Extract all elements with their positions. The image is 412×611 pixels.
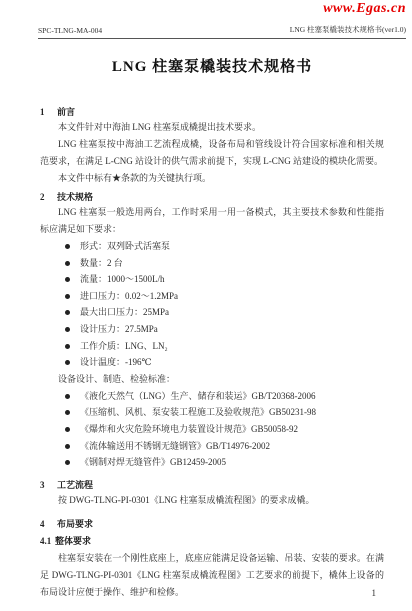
section3-paragraph: 按 DWG-TLNG-PI-0301《LNG 柱塞泵成橇流程图》的要求成橇。 [40,492,384,509]
bullet-icon [65,294,70,299]
section4-1-heading: 4.1整体要求 [40,535,384,548]
list-item: 《钢制对焊无缝管件》GB12459-2005 [40,454,384,471]
section1-number: 1 [40,106,57,119]
section4-number: 4 [40,518,57,531]
section4-heading: 4布局要求 [40,518,384,531]
watermark-text: www.Egas.cn [323,1,406,17]
section1-paragraph-3: 本文件中标有★条款的为关键执行项。 [40,170,384,187]
list-item: 《液化天然气（LNG）生产、储存和装运》GB/T20368-2006 [40,388,384,405]
bullet-icon [65,344,70,349]
bullet-icon [65,261,70,266]
section2-intro: LNG 柱塞泵一般选用两台，工作时采用一用一备模式，其主要技术参数和性能指标应满… [40,204,384,238]
bullet-icon [65,460,70,465]
section1-paragraph-2: LNG 柱塞泵按中海油工艺流程成橇，设备布局和管线设计符合国家标准和相关规范要求… [40,136,384,170]
standard-item-text: 《爆炸和火灾危险环境电力装置设计规范》GB50058-92 [80,421,298,438]
section4-1-number: 4.1 [40,535,55,548]
list-item: 设计温度：-196℃ [40,354,384,371]
section1-heading-text: 前言 [57,107,75,117]
section3-heading-text: 工艺流程 [57,480,93,490]
section4-heading-text: 布局要求 [57,519,93,529]
section4-1-heading-text: 整体要求 [55,536,91,546]
list-item: 设计压力：27.5MPa [40,321,384,338]
spec-item-text: 数量：2 台 [80,255,123,272]
standard-item-text: 《液化天然气（LNG）生产、储存和装运》GB/T20368-2006 [80,388,316,405]
spec-item-text: 流量：1000～1500L/h [80,271,165,288]
bullet-icon [65,427,70,432]
bullet-icon [65,310,70,315]
bullet-icon [65,244,70,249]
document-content: LNG 柱塞泵橇装技术规格书 1前言 本文件针对中海油 LNG 柱塞泵成橇提出技… [40,50,384,601]
bullet-icon [65,277,70,282]
standard-item-text: 《流体输送用不锈钢无缝钢管》GB/T14976-2002 [80,438,270,455]
page-number: 1 [372,588,377,598]
bullet-icon [65,327,70,332]
list-item: 流量：1000～1500L/h [40,271,384,288]
list-item: 形式：双列卧式活塞泵 [40,238,384,255]
standards-bullet-list: 《液化天然气（LNG）生产、储存和装运》GB/T20368-2006 《压缩机、… [40,388,384,471]
document-page: www.Egas.cn SPC-TLNG-MA-004 LNG 柱塞泵橇装技术规… [0,0,412,611]
section2-heading-text: 技术规格 [57,192,93,202]
spec-item-text: 设计压力：27.5MPa [80,321,158,338]
spec-item-text: 进口压力：0.02～1.2MPa [80,288,178,305]
standard-item-text: 《钢制对焊无缝管件》GB12459-2005 [80,454,226,471]
list-item: 《压缩机、风机、泵安装工程施工及验收规范》GB50231-98 [40,404,384,421]
list-item: 数量：2 台 [40,255,384,272]
section1-paragraph-1: 本文件针对中海油 LNG 柱塞泵成橇提出技术要求。 [40,119,384,136]
bullet-icon [65,394,70,399]
section1-heading: 1前言 [40,106,384,119]
spec-bullet-list: 形式：双列卧式活塞泵 数量：2 台 流量：1000～1500L/h 进口压力：0… [40,238,384,371]
section3-number: 3 [40,479,57,492]
document-title: LNG 柱塞泵橇装技术规格书 [40,56,384,78]
list-item: 《流体输送用不锈钢无缝钢管》GB/T14976-2002 [40,438,384,455]
spec-item-text: 工作介质：LNG、LN₂ [80,338,168,355]
header-doc-title-version: LNG 柱塞泵橇装技术规格书(ver1.0) [290,24,406,35]
bullet-icon [65,360,70,365]
standards-label: 设备设计、制造、检验标准： [40,371,384,388]
bullet-icon [65,444,70,449]
list-item: 进口压力：0.02～1.2MPa [40,288,384,305]
list-item: 《爆炸和火灾危险环境电力装置设计规范》GB50058-92 [40,421,384,438]
section2-heading: 2技术规格 [40,191,384,204]
page-header: SPC-TLNG-MA-004 LNG 柱塞泵橇装技术规格书(ver1.0) [38,24,406,39]
bullet-icon [65,410,70,415]
spec-item-text: 设计温度：-196℃ [80,354,152,371]
header-doc-code: SPC-TLNG-MA-004 [38,26,102,35]
list-item: 工作介质：LNG、LN₂ [40,338,384,355]
spec-item-text: 最大出口压力：25MPa [80,304,169,321]
standard-item-text: 《压缩机、风机、泵安装工程施工及验收规范》GB50231-98 [80,404,316,421]
section4-paragraph: 柱塞泵安装在一个刚性底座上，底座应能满足设备运输、吊装、安装的要求。在满足 DW… [40,550,384,601]
section2-number: 2 [40,191,57,204]
list-item: 最大出口压力：25MPa [40,304,384,321]
section3-heading: 3工艺流程 [40,479,384,492]
spec-item-text: 形式：双列卧式活塞泵 [80,238,170,255]
